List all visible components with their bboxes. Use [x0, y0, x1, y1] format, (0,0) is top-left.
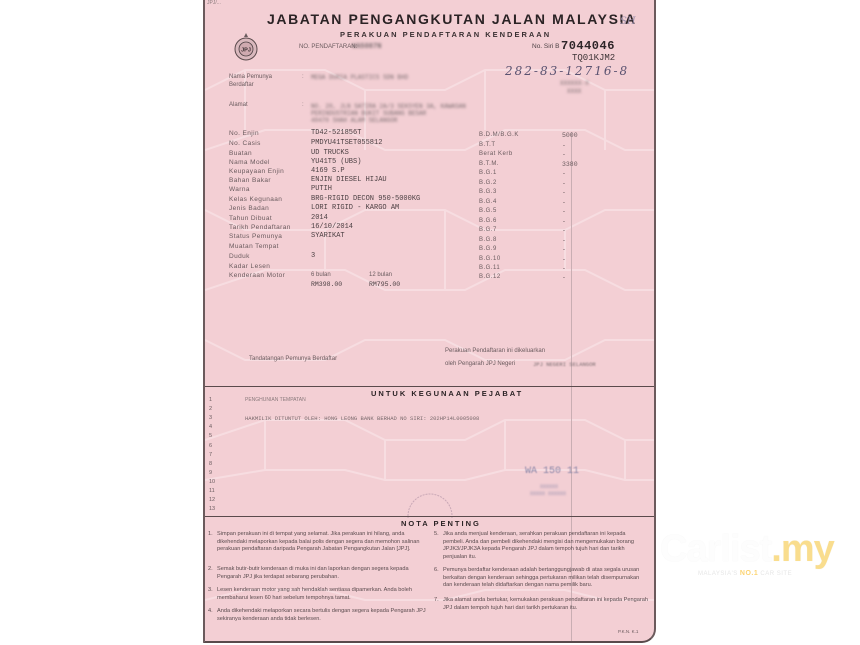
serial-code: TQ01KJM2 — [572, 53, 615, 63]
field-label: No. Casis — [229, 140, 261, 147]
field-label: Kenderaan Motor — [229, 272, 285, 279]
six-month-label: 6 bulan — [311, 272, 331, 278]
field-label: No. Enjin — [229, 130, 259, 137]
field-label: Bahan Bakar — [229, 177, 271, 184]
owner-status: SYARIKAT — [311, 232, 345, 240]
weight-value: - — [562, 265, 566, 272]
jpj-emblem-icon: JPJ — [233, 32, 259, 62]
car-outline-icon — [680, 510, 850, 540]
body-type: LORI RIGID - KARGO AM — [311, 204, 399, 212]
twelve-month-fee: RM795.00 — [369, 281, 400, 288]
handwritten-initials: SH — [620, 16, 636, 27]
note-item: 3. Lesen kenderaan motor yang sah hendak… — [217, 587, 429, 602]
weight-value: 3380 — [562, 161, 578, 168]
weight-value: - — [562, 218, 566, 225]
weight-label: B.T.M. — [479, 161, 499, 167]
notes-title: NOTA PENTING — [401, 519, 481, 528]
weight-label: B.G.5 — [479, 208, 497, 214]
office-entry-1: PENGHUNIAN TEMPATAN — [245, 397, 306, 403]
chassis-number: PMDYU41TSET055812 — [311, 139, 382, 147]
usage-class: BRG-RIGID DECON 950-5000KG — [311, 195, 420, 203]
weight-label: B.G.3 — [479, 189, 497, 195]
weight-value: - — [562, 170, 566, 177]
section-divider — [205, 386, 654, 387]
note-item: 1. Simpan perakuan ini di tempat yang se… — [217, 531, 429, 554]
ownership-claim-entry: HAKMILIK DITUNTUT OLEH: HONG LEONG BANK … — [245, 415, 479, 422]
owner-id-value: XXXXXX-X — [560, 80, 589, 87]
address-label: Alamat — [229, 102, 248, 108]
document-title: PERAKUAN PENDAFTARAN KENDERAAN — [340, 30, 551, 39]
svg-text:JPJ: JPJ — [241, 48, 251, 54]
weight-label: B.G.7 — [479, 227, 497, 233]
fuel-type: ENJIN DIESEL HIJAU — [311, 176, 387, 184]
model-name: YU41T5 (UBS) — [311, 158, 361, 166]
weight-value: - — [562, 274, 566, 281]
colour: PUTIH — [311, 185, 332, 193]
field-label: Buatan — [229, 150, 252, 157]
office-use-title: UNTUK KEGUNAAN PEJABAT — [371, 389, 523, 398]
field-label: Jenis Badan — [229, 205, 269, 212]
field-label: Tarikh Pendaftaran — [229, 224, 291, 231]
weight-label: Berat Kerb — [479, 151, 513, 157]
make: UD TRUCKS — [311, 149, 349, 157]
issued-by-line-1: Perakuan Pendaftaran ini dikeluarkan — [445, 348, 545, 354]
address-line: NO. 20, JLN SATIRA 2A/3 SEKSYEN 3A, KAWA… — [311, 103, 466, 110]
vehicle-registration-certificate: JPJ/... JABATAN PENGANGKUTAN JALAN MALAY… — [203, 0, 656, 643]
weight-value: - — [562, 151, 566, 158]
weight-value: - — [562, 208, 566, 215]
owner-signature-label: Tandatangan Pemunya Berdaftar — [249, 356, 337, 362]
weight-label: B.T.T — [479, 142, 496, 148]
issued-by-office: JPJ NEGERI SELANGOR — [533, 361, 596, 368]
owner-name-label-2: Berdaftar — [229, 82, 254, 88]
weight-value: - — [562, 237, 566, 244]
serial-number: 7044046 — [561, 39, 615, 53]
weight-label: B.G.11 — [479, 265, 500, 271]
field-label: Warna — [229, 186, 250, 193]
weight-label: B.G.2 — [479, 180, 497, 186]
year-manufactured: 2014 — [311, 214, 328, 222]
field-label: Tahun Dibuat — [229, 215, 272, 222]
registration-number-label: NO. PENDAFTARAN: — [299, 44, 357, 50]
issued-by-line-2: oleh Pengarah JPJ Negeri — [445, 361, 515, 367]
address-line: PERINDUSTRIAN BUKIT SUBANG BESAR — [311, 110, 426, 117]
weight-label: B.G.1 — [479, 170, 497, 176]
weight-label: B.G.4 — [479, 199, 497, 205]
engine-number: TD42-521856T — [311, 129, 361, 137]
note-item: 7. Jika alamat anda bertukar, kemukakan … — [443, 597, 648, 612]
registration-date: 16/10/2014 — [311, 223, 353, 231]
field-label: Nama Model — [229, 159, 270, 166]
handwritten-reference: 282-83-12716-8 — [505, 64, 629, 78]
weight-label: B.G.12 — [479, 274, 501, 280]
column-divider — [571, 132, 572, 642]
twelve-month-label: 12 bulan — [369, 272, 392, 278]
owner-name-value: MEGA DURIA PLASTICS SDN BHD — [311, 74, 408, 81]
section-divider — [205, 516, 654, 517]
field-label: Duduk — [229, 253, 250, 260]
weight-value: - — [562, 142, 566, 149]
weight-value: - — [562, 227, 566, 234]
field-label: Kadar Lesen — [229, 263, 270, 270]
weight-label: B.G.6 — [479, 218, 497, 224]
six-month-fee: RM398.00 — [311, 281, 342, 288]
weight-label: B.G.10 — [479, 256, 501, 262]
note-item: 2. Semak butir-butir kenderaan di muka i… — [217, 566, 429, 581]
office-stamp-line: XXXXXX — [540, 484, 558, 490]
weight-value: - — [562, 189, 566, 196]
weight-value: - — [562, 246, 566, 253]
engine-capacity: 4169 S.P — [311, 167, 345, 175]
form-corner-code: JPJ/... — [207, 0, 221, 6]
form-code: P.K.N. K.1 — [618, 629, 638, 634]
carlist-watermark: Carlist.my MALAYSIA'S NO.1 CAR SITE — [660, 528, 855, 578]
note-item: 4. Anda dikehendaki melaporkan secara be… — [217, 608, 429, 623]
serial-label: No. Siri B — [532, 43, 559, 50]
office-stamp-date: WA 150 11 — [525, 466, 579, 477]
field-label: Kelas Kegunaan — [229, 196, 282, 203]
weight-value: - — [562, 180, 566, 187]
office-stamp-line: XXXXX XXXXXX — [530, 491, 566, 497]
owner-id-value-2: XXXX — [567, 88, 581, 95]
weight-label: B.D.M/B.G.K — [479, 132, 519, 138]
weight-label: B.G.8 — [479, 237, 497, 243]
address-line: 40470 SHAH ALAM SELANGOR — [311, 117, 397, 124]
note-item: 5. Jika anda menjual kenderaan, serahkan… — [443, 531, 648, 561]
owner-name-label: Nama Pemunya — [229, 74, 272, 80]
agency-title: JABATAN PENGANGKUTAN JALAN MALAYSIA — [267, 11, 637, 27]
registration-number-value: WA5087N — [352, 43, 381, 51]
field-label: Status Pemunya — [229, 233, 282, 240]
circular-stamp-icon — [405, 488, 455, 518]
weight-value: 5000 — [562, 132, 578, 139]
note-item: 6. Pemunya berdaftar kenderaan adalah be… — [443, 567, 648, 590]
seating: 3 — [311, 252, 315, 260]
field-label: Muatan Tempat — [229, 243, 279, 250]
weight-value: - — [562, 256, 566, 263]
weight-label: B.G.9 — [479, 246, 497, 252]
weight-value: - — [562, 199, 566, 206]
field-label: Keupayaan Enjin — [229, 168, 284, 175]
watermark-tagline: MALAYSIA'S NO.1 CAR SITE — [698, 570, 792, 577]
